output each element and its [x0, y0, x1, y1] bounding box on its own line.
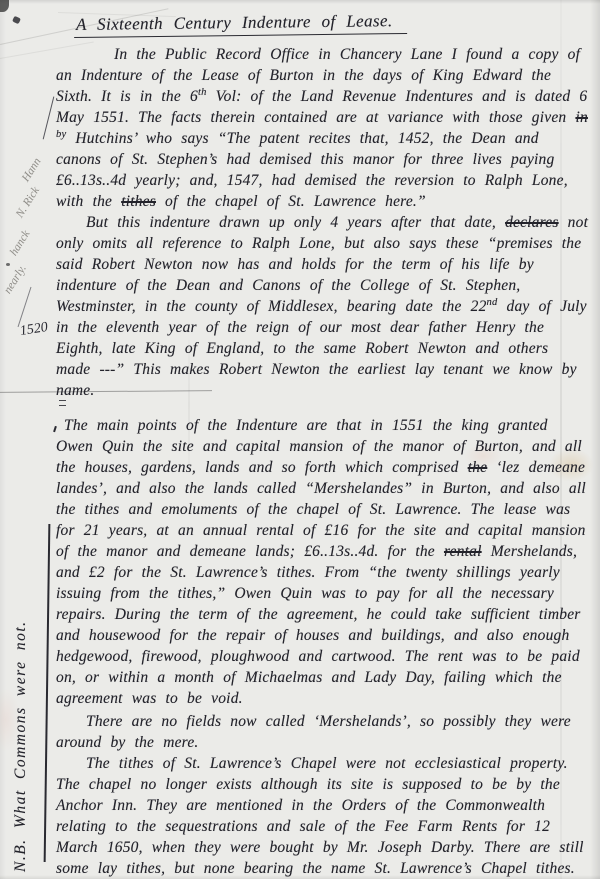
paragraph: The main points of the Indenture are tha… [56, 415, 590, 709]
text-run: of the chapel of St. Lawrence here.” [156, 193, 426, 210]
text-run: the [468, 459, 488, 476]
text-run: There are no fields now called ‘Mershela… [56, 713, 571, 751]
page-title: A Sixteenth Century Indenture of Lease. [74, 11, 407, 38]
text-run: The tithes of St. Lawrence’s Chapel were… [56, 755, 584, 877]
text-run: rental [444, 543, 482, 560]
scan-shadow-top [0, 0, 600, 4]
scan-shadow-right [590, 0, 600, 879]
text-run: by [56, 129, 66, 140]
manuscript-body: In the Public Record Office in Chancery … [56, 44, 590, 879]
paragraph: In the Public Record Office in Chancery … [56, 44, 590, 212]
text-run: Mershelands, and £2 for the St. Lawrence… [56, 543, 581, 707]
text-run: nd [487, 297, 498, 308]
paragraph: There are no fields now called ‘Mershela… [56, 711, 590, 753]
stray-dot [6, 263, 10, 266]
vertical-margin-note: N.B. What Commons were not. [12, 518, 44, 872]
text-run: in [575, 109, 587, 126]
text-run: But this indenture drawn up only 4 years… [86, 214, 505, 231]
text-run: tithes [121, 193, 156, 210]
text-run: declares [505, 214, 559, 231]
paragraph: But this indenture drawn up only 4 years… [56, 212, 590, 401]
paragraph: The tithes of St. Lawrence’s Chapel were… [56, 753, 590, 879]
text-run: th [198, 87, 207, 98]
